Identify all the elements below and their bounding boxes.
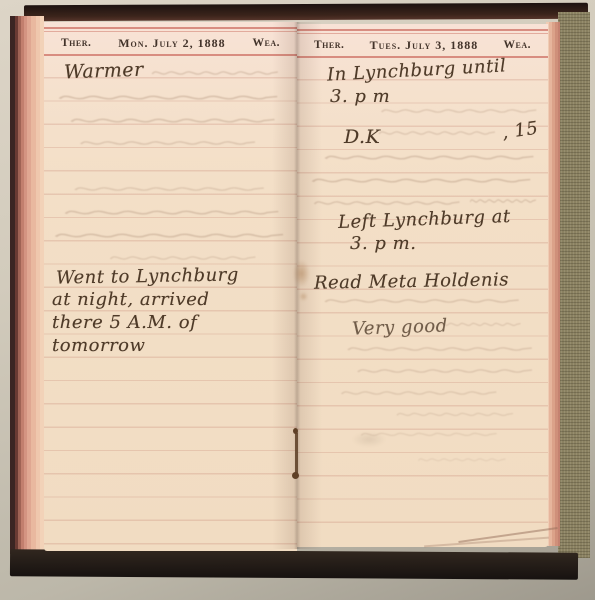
header-rule xyxy=(44,27,297,29)
wea-label: Wea. xyxy=(504,39,532,51)
stitch-thread xyxy=(295,432,298,476)
bleedthrough-line xyxy=(62,205,282,218)
bleedthrough-line xyxy=(52,228,287,241)
bleedthrough-line xyxy=(150,66,280,78)
page-header: Ther. Mon. July 2, 1888 Wea. xyxy=(44,33,297,53)
book-cover-bottom xyxy=(10,549,578,579)
stain xyxy=(293,260,310,287)
bleedthrough-line xyxy=(379,104,539,116)
book-cover-top xyxy=(24,3,588,21)
cloth-cover xyxy=(558,12,590,558)
bleedthrough-line xyxy=(469,194,537,206)
date-label: Tues. July 3, 1888 xyxy=(370,38,479,53)
handwriting-entry: there 5 A.M. of xyxy=(52,312,197,333)
stain xyxy=(299,292,308,301)
stitch-knot xyxy=(292,472,299,479)
bleedthrough-line xyxy=(56,90,281,103)
handwriting-entry: tomorrow xyxy=(52,335,145,356)
bleedthrough-line xyxy=(345,342,535,354)
bleedthrough-line xyxy=(437,318,522,329)
bleedthrough-line xyxy=(322,294,522,306)
bleedthrough-line xyxy=(417,454,507,464)
handwriting-entry: D.K xyxy=(344,126,380,148)
stain xyxy=(352,432,386,447)
header-rule xyxy=(44,31,297,33)
bleedthrough-line xyxy=(309,173,534,186)
handwriting-entry: 3. p m xyxy=(330,86,390,107)
ther-label: Ther. xyxy=(61,37,91,49)
right-page: Ther. Tues. July 3, 1888 Wea. In Lynchbu… xyxy=(297,24,548,547)
bleedthrough-line xyxy=(339,386,499,398)
left-page: Ther. Mon. July 2, 1888 Wea. Warmer Went… xyxy=(44,22,297,551)
bleedthrough-line xyxy=(78,136,258,148)
page-edges-left xyxy=(10,16,44,554)
bleedthrough-line xyxy=(312,196,462,208)
page-header: Ther. Tues. July 3, 1888 Wea. xyxy=(297,35,548,55)
bleedthrough-line xyxy=(68,113,278,126)
handwriting-entry: Went to Lynchburg xyxy=(56,264,239,288)
bleedthrough-line xyxy=(322,150,537,163)
bleedthrough-line xyxy=(72,182,267,194)
handwriting-entry: at night, arrived xyxy=(52,289,209,310)
stitch-knot xyxy=(293,428,298,434)
handwriting-entry: Very good xyxy=(352,315,448,339)
date-label: Mon. July 2, 1888 xyxy=(118,36,225,51)
page-edges-right xyxy=(546,22,560,546)
bleedthrough-line xyxy=(108,251,258,263)
header-rule xyxy=(297,33,548,35)
handwriting-entry: Read Meta Holdenis xyxy=(314,269,509,293)
header-rule xyxy=(297,29,548,31)
handwriting-entry: Warmer xyxy=(64,59,144,84)
bleedthrough-line xyxy=(377,126,497,138)
diary-photo: Ther. Mon. July 2, 1888 Wea. Warmer Went… xyxy=(0,0,595,600)
bleedthrough-line xyxy=(355,364,535,376)
bleedthrough-line xyxy=(395,408,515,419)
handwriting-entry: 3. p m. xyxy=(350,233,416,254)
